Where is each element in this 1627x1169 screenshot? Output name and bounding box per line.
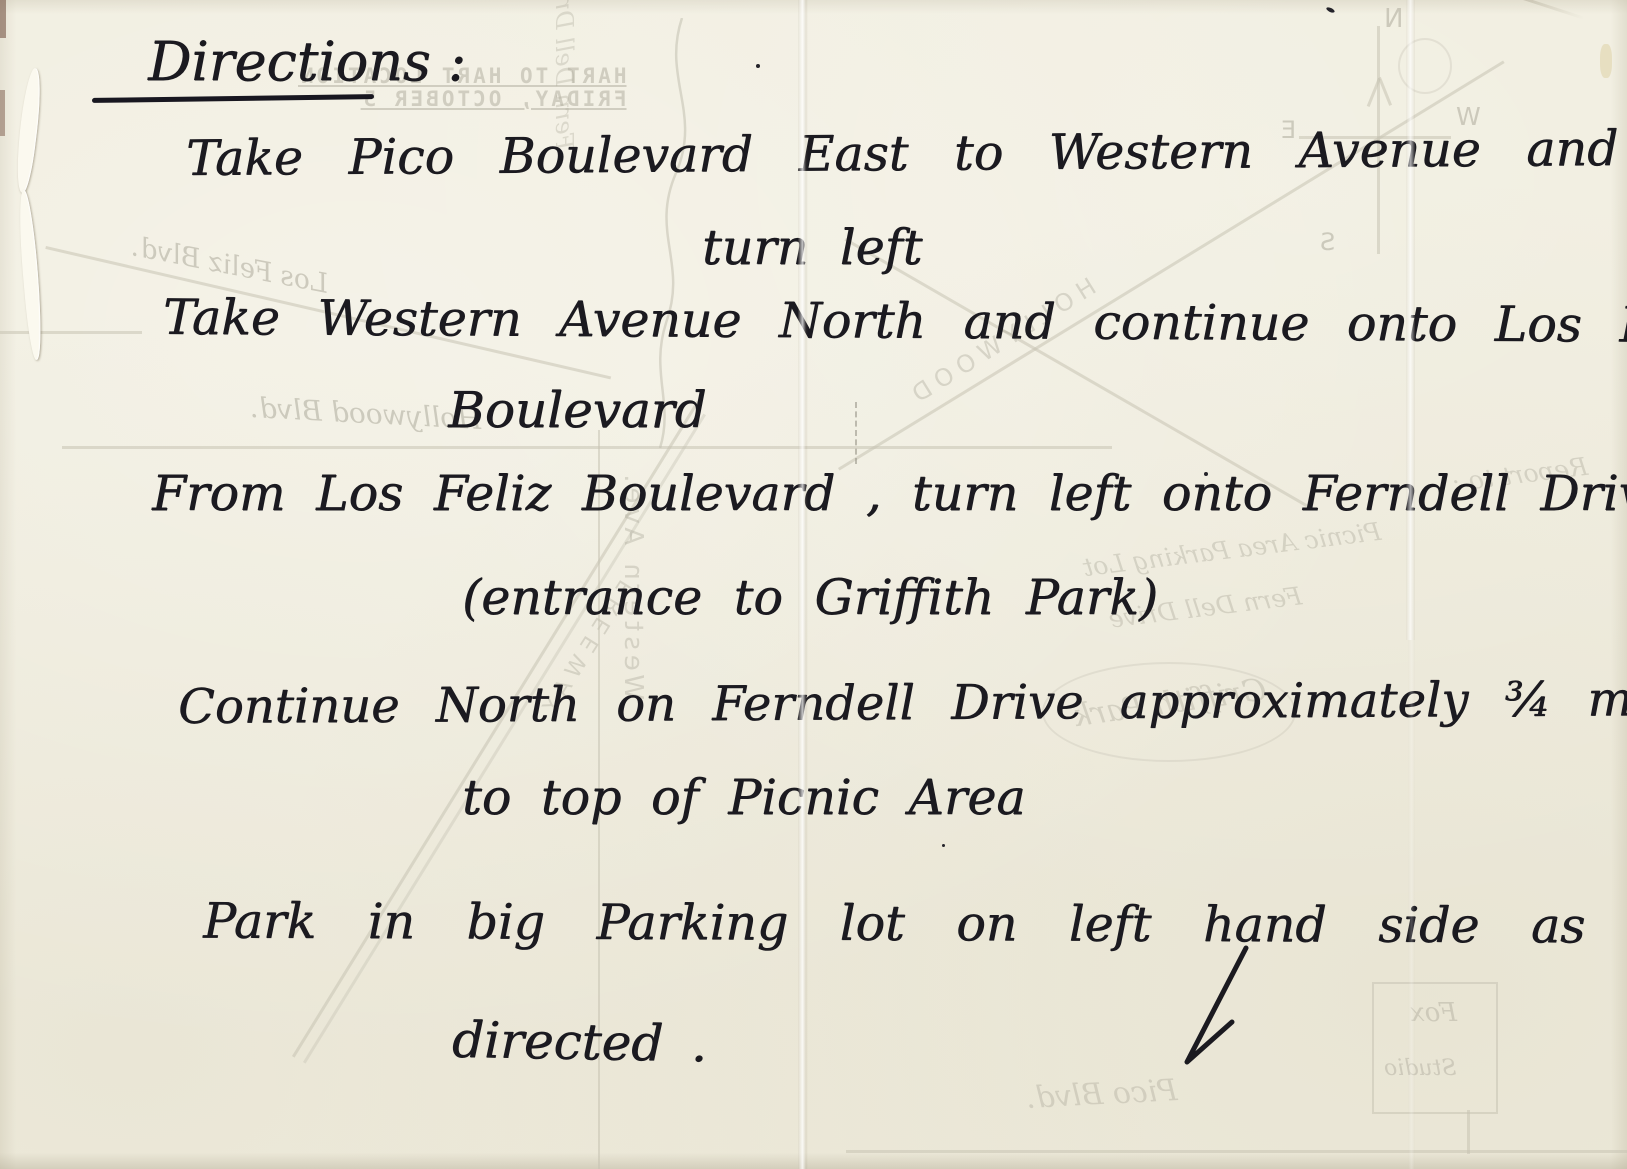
scanned-note-page: { "note": { "heading": "Directions :", "… <box>0 0 1627 1169</box>
short-road-line-left <box>0 331 142 334</box>
direction-line-6: (entrance to Griffith Park) <box>462 572 1158 623</box>
direction-line-10: directed . <box>452 1014 708 1071</box>
direction-line-9: Park in big Parking lot on left hand sid… <box>203 896 1585 952</box>
compass-arrowhead-right <box>1378 77 1392 106</box>
edge-mark <box>0 0 6 38</box>
ink-speck <box>1204 472 1208 476</box>
pico-blvd-label: Pico Blvd. <box>1025 1076 1178 1114</box>
dashed-road-segment <box>855 402 857 464</box>
direction-line-8: to top of Picnic Area <box>462 772 1025 823</box>
hollywood-blvd-line <box>62 446 1112 449</box>
direction-line-2: turn left <box>702 222 922 273</box>
ink-speck <box>756 64 760 68</box>
direction-line-1: Take Pico Boulevard East to Western Aven… <box>186 123 1619 184</box>
fox-box-connector-line <box>1467 1110 1470 1154</box>
fox-label: Fox <box>1410 1000 1457 1026</box>
compass-north-label: N <box>1384 6 1403 32</box>
edge-mark <box>0 90 5 136</box>
ink-speck <box>942 844 945 847</box>
right-fold-crease <box>1406 0 1415 640</box>
center-fold-crease <box>798 0 808 1169</box>
pico-blvd-line <box>846 1150 1627 1153</box>
edge-chip-light <box>1600 44 1612 78</box>
right-fold-crease-lower <box>1408 640 1415 1169</box>
compass-south-label: S <box>1320 230 1335 254</box>
flourish-stroke <box>1172 942 1267 1087</box>
studio-label: Studio <box>1384 1058 1456 1080</box>
page-title: Directions : <box>148 34 466 91</box>
direction-line-4: Boulevard <box>448 384 707 437</box>
